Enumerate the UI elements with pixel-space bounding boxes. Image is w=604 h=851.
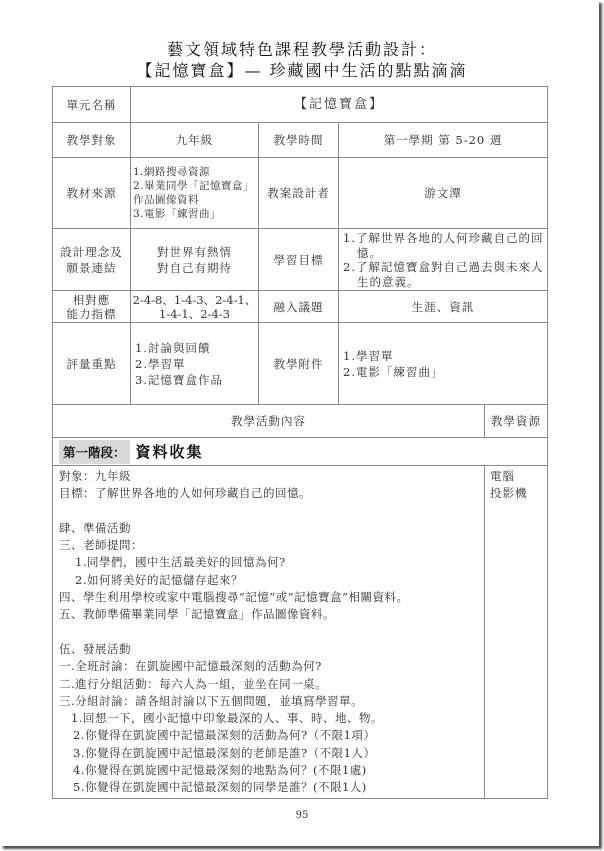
designer-value: 游文潭 (338, 157, 548, 229)
goals-list: 1.了解世界各地的人何珍藏自己的回 憶。 2.了解記憶寶盒對自己過去與未來人 生… (343, 231, 543, 289)
target-label: 教學對象 (52, 122, 131, 158)
activity-content: 對象：九年級 目標：了解世界各地的人如何珍藏自己的回憶。 肆、準備活動 三、老師… (52, 465, 485, 799)
materials-item: 作品圖像資料 (133, 193, 254, 207)
content-line: 三.分組討論：請各組討論以下五個問題，並填寫學習單。 (59, 693, 484, 710)
document-page: 藝文領域特色課程教學活動設計： 【記憶寶盒】— 珍藏國中生活的點點滴滴 單元名稱… (0, 0, 599, 846)
materials-item: 2.畢業同學「記憶寶盒」 (133, 179, 254, 193)
attachments-cell: 1.學習單 2.電影「練習曲」 (338, 322, 548, 405)
materials-item: 1.網路搜尋資源 (133, 165, 254, 179)
content-line: 二.進行分組活動：每六人為一組，並坐在同一桌。 (59, 676, 484, 693)
indicators-value-line2: 1-4-1、2-4-3 (133, 307, 257, 321)
document-title-line2: 【記憶寶盒】— 珍藏國中生活的點點滴滴 (0, 58, 604, 81)
assessment-list: 1.討論與回饋 2.學習單 3.記憶寶盒作品 (135, 340, 223, 388)
content-line: 1.同學們，國中生活最美好的回憶為何? (59, 554, 484, 571)
assessment-label: 評量重點 (52, 322, 131, 405)
concept-value-line1: 對世界有熱情 (157, 244, 232, 260)
concept-label-line2: 願景連結 (60, 260, 123, 276)
concept-value-cell: 對世界有熱情 對自己有期待 (130, 228, 259, 291)
resource-item: 電腦 (490, 468, 547, 485)
goals-label: 學習目標 (258, 228, 339, 291)
unit-name-value: 【記憶寶盒】 (130, 86, 548, 123)
materials-cell: 1.網路搜尋資源 2.畢業同學「記憶寶盒」 作品圖像資料 3.電影「練習曲」 (130, 157, 259, 229)
indicators-value-line1: 2-4-8、1-4-3、2-4-1、 (133, 293, 257, 307)
content-line: 4.你覺得在凱旋國中記憶最深刻的地點為何？(不限1處) (59, 762, 484, 779)
goals-item: 2.了解記憶寶盒對自己過去與未來人 (343, 260, 543, 275)
indicators-label-line2: 能力指標 (67, 307, 117, 321)
content-line (59, 503, 484, 520)
target-value: 九年級 (130, 122, 259, 158)
content-line: 四、學生利用學校或家中電腦搜尋”記憶”或”記憶寶盒”相關資料。 (59, 589, 484, 606)
assessment-item: 3.記憶寶盒作品 (135, 372, 223, 388)
designer-label: 教案設計者 (258, 157, 339, 229)
concept-label-line1: 設計理念及 (60, 244, 123, 260)
content-line: 伍、發展活動 (59, 641, 484, 658)
page-number: 95 (0, 810, 604, 821)
stage-row: 第一階段： 資料收集 (52, 437, 548, 466)
content-line: 目標：了解世界各地的人如何珍藏自己的回憶。 (59, 485, 484, 502)
content-line: 五、教師準備畢業同學「記憶寶盒」作品圖像資料。 (59, 606, 484, 623)
indicators-value-cell: 2-4-8、1-4-3、2-4-1、 1-4-1、2-4-3 (130, 290, 259, 323)
activity-resources: 電腦 投影機 (484, 465, 548, 799)
stage-title: 資料收集 (136, 441, 204, 462)
indicators-label-cell: 相對應 能力指標 (52, 290, 131, 323)
time-label: 教學時間 (258, 122, 339, 158)
goals-item: 憶。 (343, 246, 543, 261)
attachments-list: 1.學習單 2.電影「練習曲」 (343, 348, 443, 380)
goals-cell: 1.了解世界各地的人何珍藏自己的回 憶。 2.了解記憶寶盒對自己過去與未來人 生… (338, 228, 548, 291)
resource-item: 投影機 (490, 485, 547, 502)
document-title-line1: 藝文領域特色課程教學活動設計： (0, 37, 604, 60)
content-line: 1.回想一下，國小記憶中印象最深的人、事、時、地、物。 (59, 710, 484, 727)
indicators-label-line1: 相對應 (67, 293, 117, 307)
content-line: 3.你覺得在凱旋國中記憶最深刻的老師是誰?（不限1人） (59, 745, 484, 762)
content-line: 5.你覺得在凱旋國中記憶最深刻的同學是誰？(不限1人) (59, 779, 484, 796)
attachments-label: 教學附件 (258, 322, 339, 405)
goals-item: 1.了解世界各地的人何珍藏自己的回 (343, 231, 543, 246)
stage-label: 第一階段： (59, 440, 130, 464)
activity-content-header: 教學活動內容 (52, 404, 485, 438)
materials-list: 1.網路搜尋資源 2.畢業同學「記憶寶盒」 作品圖像資料 3.電影「練習曲」 (133, 165, 254, 221)
content-line: 肆、準備活動 (59, 520, 484, 537)
time-value: 第一學期 第 5-20 週 (338, 122, 548, 158)
unit-name-label: 單元名稱 (52, 86, 131, 123)
assessment-cell: 1.討論與回饋 2.學習單 3.記憶寶盒作品 (130, 322, 259, 405)
attachments-item: 2.電影「練習曲」 (343, 364, 443, 380)
content-line: 三、老師提問： (59, 537, 484, 554)
content-line: 2.如何將美好的記憶儲存起來？ (59, 572, 484, 589)
assessment-item: 2.學習單 (135, 356, 223, 372)
goals-item: 生的意義。 (343, 275, 543, 290)
content-line: 一.全班討論：在凱旋國中記憶最深刻的活動為何? (59, 658, 484, 675)
attachments-item: 1.學習單 (343, 348, 443, 364)
content-line: 對象：九年級 (59, 468, 484, 485)
materials-item: 3.電影「練習曲」 (133, 207, 254, 221)
issues-label: 融入議題 (258, 290, 339, 323)
activity-resources-header: 教學資源 (484, 404, 548, 438)
content-line: 2.你覺得在凱旋國中記憶最深刻的活動為何?（不限1項） (59, 727, 484, 744)
content-line (59, 624, 484, 641)
concept-label-cell: 設計理念及 願景連結 (52, 228, 131, 291)
issues-value: 生涯、資訊 (338, 290, 548, 323)
assessment-item: 1.討論與回饋 (135, 340, 223, 356)
concept-value-line2: 對自己有期待 (157, 260, 232, 276)
materials-label: 教材來源 (52, 157, 131, 229)
